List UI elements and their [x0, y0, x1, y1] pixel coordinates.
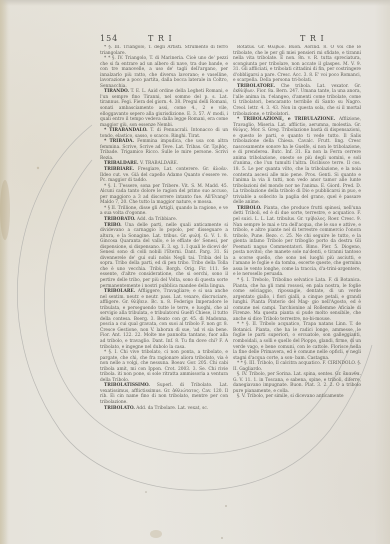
dictionary-entry: TRIBBIARE. Fresgiare, Lat. conterere. Gr…	[100, 167, 228, 184]
entry-headword: TIRANDO.	[104, 89, 129, 94]
entry-text: * * §. III. Tribolo, Il calcitra acquati…	[233, 361, 361, 372]
paper-speck	[37, 167, 39, 169]
dictionary-entry: §. V. Tribolo, per simile, si dicevano a…	[233, 394, 361, 400]
running-head-left: T R I	[148, 34, 173, 43]
entry-headword: * TRIBOLAZIONE, e TRIBULAZIONE.	[237, 117, 335, 122]
dictionary-entry: Rotatus. Gr. Θλίβων. Buon. Aorind. 8. O …	[233, 45, 361, 84]
entry-text: T. E. L. Aaid ordine della Legheti Roman…	[100, 89, 228, 127]
dictionary-entry: TRIBOLO. Pianta, che produce frutti spin…	[233, 206, 361, 278]
paper-stain	[150, 530, 162, 538]
dictionary-entry: * TRIBADA. Femmina impudica, che usa con…	[100, 139, 228, 161]
dictionary-entry: TRIBOLARE. Affliggere, Travagliare; e si…	[100, 289, 228, 350]
entry-text: * §. I. Chi vive tribolato, ci non ponta…	[100, 350, 228, 383]
dictionary-entry: * § II. Trillione, disse gli Artigli, qu…	[100, 206, 228, 217]
entry-text: Pianta, che produce frutti spinosi, nell…	[233, 206, 361, 278]
running-head-right: T R I	[300, 34, 325, 43]
entry-text: §. IV. Tribolo, per Sorina. Lat. spina, …	[233, 372, 361, 394]
entry-text: * §. III. Triangolo, T. degli Artisti. S…	[100, 45, 228, 56]
dictionary-entry: * TRIBOLAZIONE, e TRIBULAZIONE. Afflizio…	[233, 117, 361, 206]
dictionary-entry: * §. I. Trebolo, Tribolino selvatico Lat…	[233, 278, 361, 322]
dictionary-entry: TIRANDO. T. E. L. Aaid ordine della Legh…	[100, 89, 228, 128]
entry-headword: * TIRABANDALO.	[104, 128, 148, 133]
entry-text: * §. I. Trebolo, Tribolino selvatico Lat…	[233, 278, 361, 322]
left-text-column: * §. III. Triangolo, T. degli Artisti. S…	[100, 45, 228, 425]
dictionary-entry: * §. III. Triangolo, T. degli Artisti. S…	[100, 45, 228, 56]
entry-headword: TRIBOBATO.	[104, 217, 136, 222]
paper-stain	[0, 180, 10, 240]
page-number: 154	[100, 34, 118, 43]
entry-headword: TRIBOLATISSIMO.	[104, 383, 150, 388]
scanned-page: 154 T R I T R I * §. III. Triangolo, T. …	[0, 0, 390, 544]
dictionary-entry: §. IV. Tribolo, per Sorina. Lat. spina, …	[233, 372, 361, 394]
dictionary-entry: * §. I. Chi vive tribolato, ci non ponta…	[100, 350, 228, 383]
entry-headword: TRIBO.	[104, 223, 122, 228]
paper-speck	[221, 537, 223, 539]
entry-text: Add. da Tribolare. Lat. vexat, sc.	[136, 406, 208, 411]
entry-headword: * TRIBADA.	[104, 139, 134, 144]
entry-text: Rotatus. Gr. Θλίβων. Buon. Aorind. 8. O …	[233, 45, 361, 83]
dictionary-entry: TRIBOLATORE. Che tribola. Lat. vexator. …	[233, 84, 361, 117]
entry-headword: TRIBOLARE.	[104, 289, 135, 294]
dictionary-entry: * * §. IV. Triangolo, T. di Marineria. C…	[100, 56, 228, 89]
dictionary-entry: TRIBOLATO. Add. da Tribolare. Lat. vexat…	[100, 406, 228, 412]
entry-headword: TRIBBIARE.	[104, 167, 134, 172]
entry-headword: TRIBOLATO.	[104, 406, 135, 411]
right-text-column: Rotatus. Gr. Θλίβων. Buon. Aorind. 8. O …	[233, 45, 361, 435]
dictionary-entry: * TIRABANDALO. T. di Pennacrali. Intonac…	[100, 128, 228, 139]
entry-text: Una delle parti, nelle quali anticamente…	[100, 223, 228, 289]
paper-speck	[225, 505, 227, 507]
entry-text: Affliggere, Travagliare; e si usa anche …	[100, 289, 228, 349]
entry-headword: TRIBOLO.	[237, 206, 262, 211]
dictionary-entry: TRIBOLATISSIMO. Superl. di Tribolato. La…	[100, 383, 228, 405]
dictionary-entry: TRIBO. Una delle parti, nelle quali anti…	[100, 223, 228, 290]
entry-text: Afflizione, Travaglio, Miseria. Lat. aff…	[233, 117, 361, 205]
entry-text: Che tribola. Lat. vexator. Gr. ἐκθλίβων.…	[233, 84, 361, 117]
entry-text: * * §. IV. Triangolo, T. di Marineria. C…	[100, 56, 228, 89]
entry-text: V. TRABALDARE.	[140, 161, 178, 166]
paper-speck	[145, 491, 147, 493]
entry-headword: TRIBALDARE.	[104, 161, 139, 166]
dictionary-entry: * * §. III. Tribolo, Il calcitra acquati…	[233, 361, 361, 372]
entry-text: * §. I. T'essere, sona per Tribere. Vit.…	[100, 184, 228, 206]
entry-text: * § II. Trillione, disse gli Artigli, qu…	[100, 206, 228, 217]
dictionary-entry: * * §. II. Tribolo acquatico, Trapa nata…	[233, 322, 361, 361]
entry-text: * * §. II. Tribolo acquatico, Trapa nata…	[233, 322, 361, 360]
entry-text: §. V. Tribolo, per simile, si dicevano a…	[237, 394, 344, 399]
dictionary-entry: * §. I. T'essere, sona per Tribere. Vit.…	[100, 184, 228, 206]
entry-text: Add. da Tribbiare.	[137, 217, 177, 222]
